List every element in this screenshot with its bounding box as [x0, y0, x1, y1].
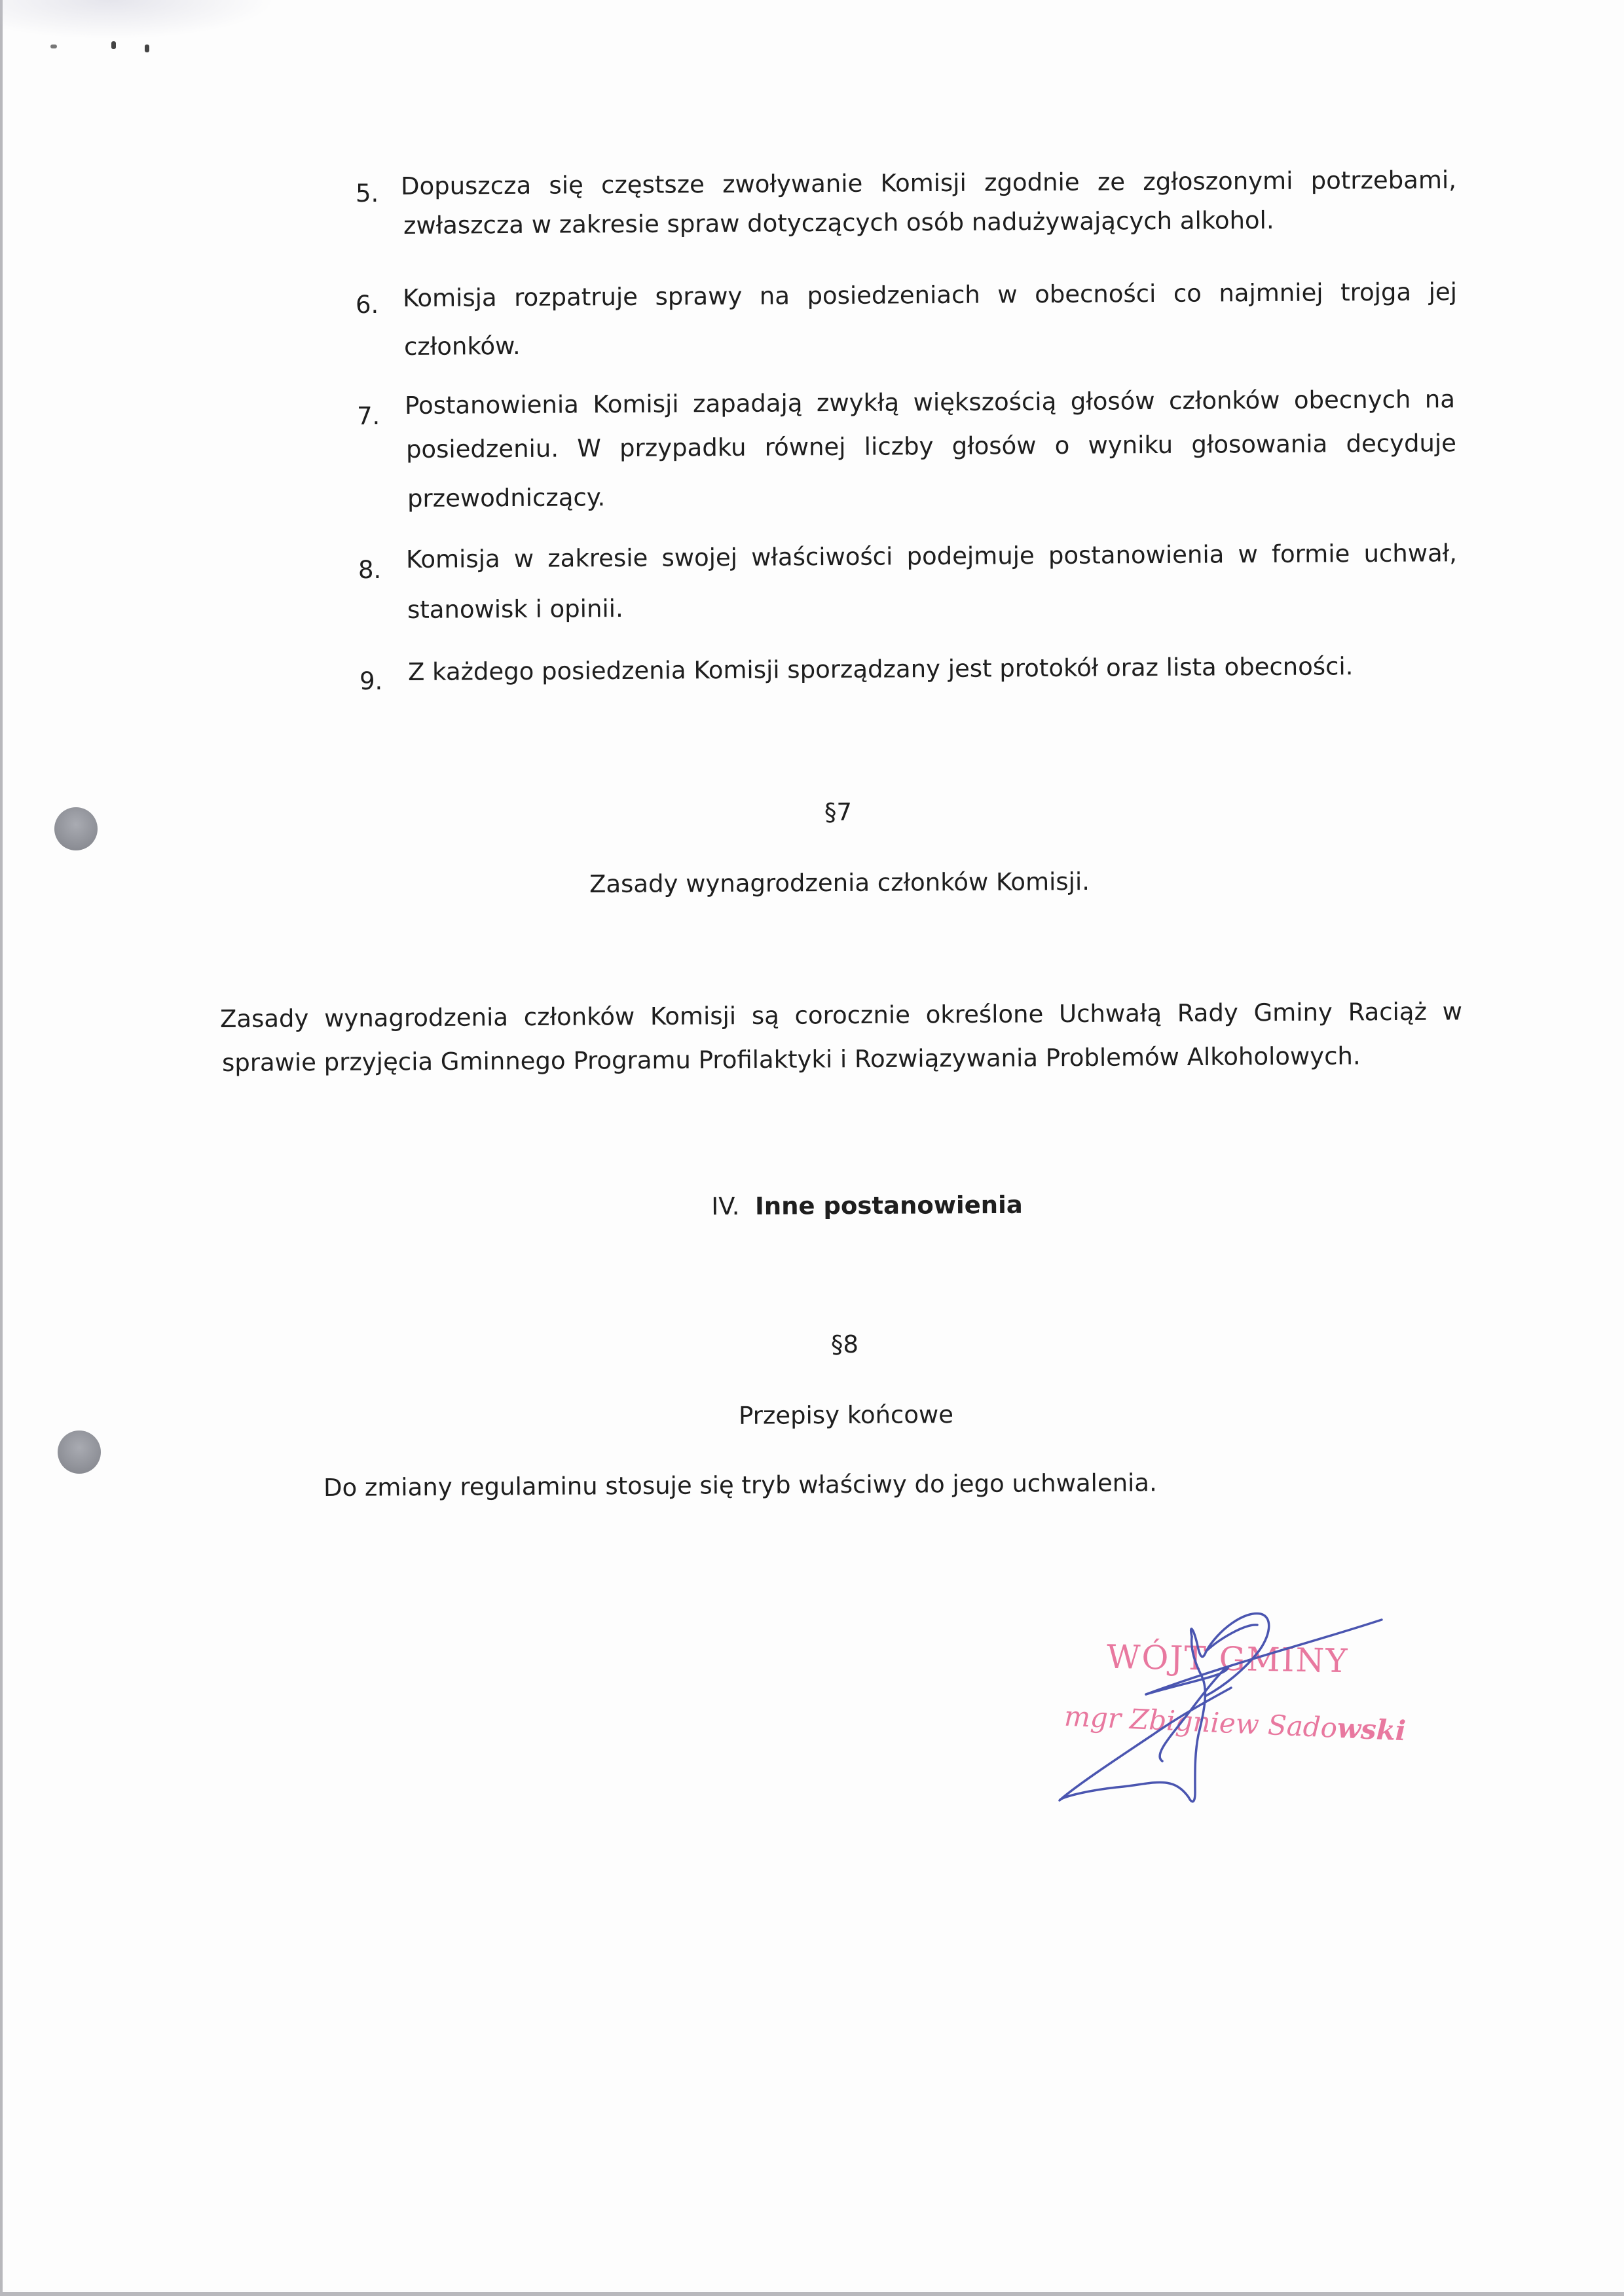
item-line: Z każdego posiedzenia Komisji sporządzan…: [408, 654, 1354, 684]
page-left-edge: [0, 0, 3, 2296]
item-number: 5.: [356, 181, 378, 206]
section-8-symbol: §8: [831, 1332, 858, 1357]
punch-hole: [58, 1430, 101, 1474]
item-line: Postanowienia Komisji zapadają zwykłą wi…: [405, 387, 1455, 418]
scan-shadow: [0, 0, 275, 39]
signature-icon: [1035, 1578, 1401, 1807]
item-line: członków.: [404, 334, 521, 359]
scan-mark: [50, 45, 57, 48]
section-7-body-line: sprawie przyjęcia Gminnego Programu Prof…: [222, 1044, 1361, 1075]
page-bottom-edge: [0, 2292, 1624, 2296]
item-line: Dopuszcza się częstsze zwoływanie Komisj…: [401, 168, 1456, 198]
item-number: 7.: [357, 404, 380, 428]
section-7-body-line: Zasady wynagrodzenia członków Komisji są…: [220, 999, 1462, 1031]
item-line: posiedzeniu. W przypadku równej liczby g…: [406, 431, 1456, 462]
item-number: 6.: [356, 293, 378, 317]
item-line: Komisja rozpatruje sprawy na posiedzenia…: [403, 280, 1457, 310]
item-line: zwłaszcza w zakresie spraw dotyczących o…: [403, 208, 1274, 238]
item-line: przewodniczący.: [407, 485, 605, 511]
punch-hole: [54, 807, 98, 850]
scan-mark: [111, 41, 116, 49]
scan-mark: [145, 45, 149, 52]
section-7-title: Zasady wynagrodzenia członków Komisji.: [589, 869, 1090, 896]
item-line: Komisja w zakresie swojej właściwości po…: [406, 541, 1457, 572]
section-8-body: Do zmiany regulaminu stosuje się tryb wł…: [323, 1470, 1157, 1500]
item-number: 8.: [358, 558, 381, 582]
chapter-heading: IV. Inne postanowienia: [711, 1193, 1023, 1218]
section-8-title: Przepisy końcowe: [739, 1402, 953, 1428]
chapter-title: Inne postanowienia: [755, 1191, 1023, 1220]
item-number: 9.: [360, 669, 382, 693]
chapter-numeral: IV.: [711, 1192, 739, 1220]
section-7-symbol: §7: [824, 800, 852, 824]
item-line: stanowisk i opinii.: [407, 596, 623, 622]
